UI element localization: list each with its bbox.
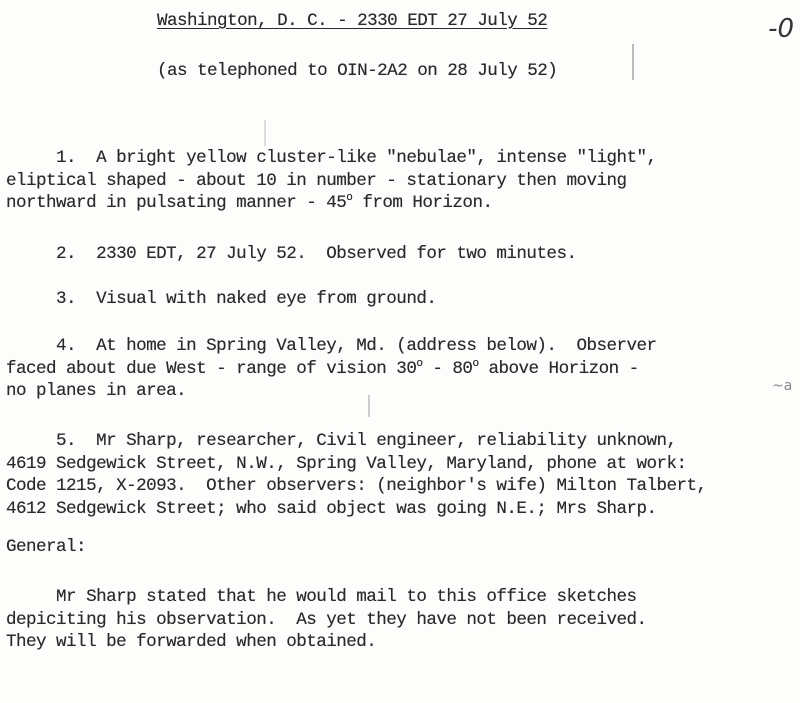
text-line: depiciting his observation. As yet they …	[6, 609, 647, 631]
text-line: no planes in area.	[6, 380, 186, 402]
text-line: 1. A bright yellow cluster-like "nebulae…	[6, 147, 657, 169]
scan-artifact-line	[632, 44, 634, 80]
text-line: eliptical shaped - about 10 in number - …	[6, 170, 627, 192]
text-line: 3. Visual with naked eye from ground.	[6, 288, 436, 310]
handwritten-marginal-note: -0	[768, 14, 794, 44]
text-line: faced about due West - range of vision 3…	[6, 358, 639, 380]
scan-artifact-line	[264, 120, 266, 146]
text-line: Code 1215, X-2093. Other observers: (nei…	[6, 475, 707, 497]
text-line: 4619 Sedgewick Street, N.W., Spring Vall…	[6, 453, 687, 475]
margin-scribble: ~a	[772, 378, 792, 394]
text-line: 4. At home in Spring Valley, Md. (addres…	[6, 335, 657, 357]
document-title: Washington, D. C. - 2330 EDT 27 July 52	[157, 10, 547, 32]
text-line: 2. 2330 EDT, 27 July 52. Observed for tw…	[6, 243, 576, 265]
text-line: 5. Mr Sharp, researcher, Civil engineer,…	[6, 430, 677, 452]
document-subtitle: (as telephoned to OIN-2A2 on 28 July 52)	[157, 60, 557, 82]
text-line: 4612 Sedgewick Street; who said object w…	[6, 498, 657, 520]
text-line: They will be forwarded when obtained.	[6, 631, 376, 653]
text-line: Mr Sharp stated that he would mail to th…	[6, 586, 637, 608]
scan-artifact-line	[368, 395, 370, 417]
text-line: General:	[6, 536, 86, 558]
text-line: northward in pulsating manner - 45o from…	[6, 192, 492, 214]
